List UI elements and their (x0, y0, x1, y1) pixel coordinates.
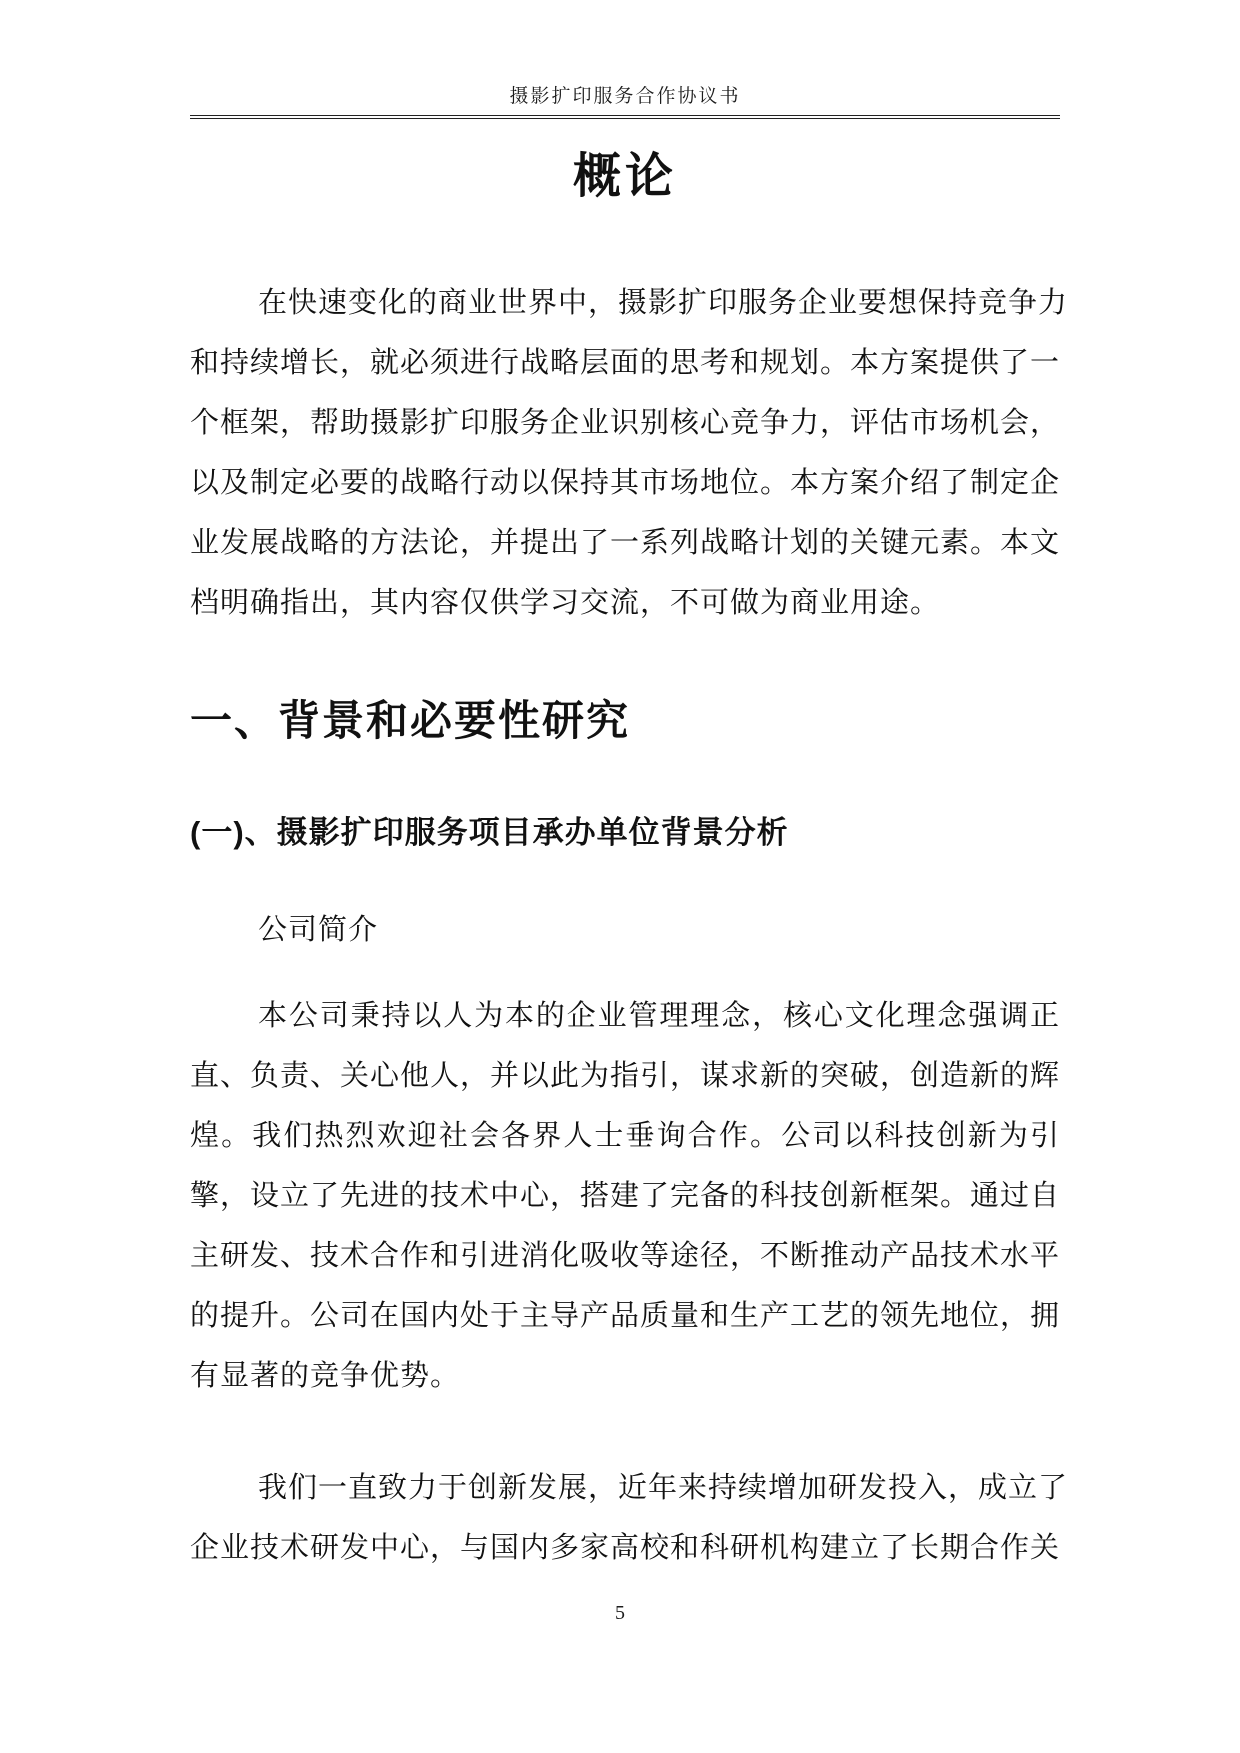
text-line: 业发展战略的方法论，并提出了一系列战略计划的关键元素。本文 (190, 513, 1060, 573)
text-line: 的提升。公司在国内处于主导产品质量和生产工艺的领先地位，拥 (190, 1286, 1060, 1346)
text-line: 以及制定必要的战略行动以保持其市场地位。本方案介绍了制定企 (190, 453, 1060, 513)
page-footer: 5 (0, 1600, 1240, 1626)
text-line: 档明确指出，其内容仅供学习交流，不可做为商业用途。 (190, 573, 1060, 633)
text-line: 有显著的竞争优势。 (190, 1346, 1060, 1406)
text-line: 在快速变化的商业世界中，摄影扩印服务企业要想保持竞争力 (190, 273, 1060, 333)
text-line: 和持续增长，就必须进行战略层面的思考和规划。本方案提供了一 (190, 333, 1060, 393)
text-line: 个框架，帮助摄影扩印服务企业识别核心竞争力，评估市场机会， (190, 393, 1060, 453)
text-line: 公司简介 (190, 900, 1060, 960)
text-line: 直、负责、关心他人，并以此为指引，谋求新的突破，创造新的辉 (190, 1046, 1060, 1106)
text-line: 本公司秉持以人为本的企业管理理念，核心文化理念强调正 (190, 986, 1060, 1046)
text-line: 我们一直致力于创新发展，近年来持续增加研发投入，成立了 (190, 1458, 1060, 1518)
text-line: 擎，设立了先进的技术中心，搭建了完备的科技创新框架。通过自 (190, 1166, 1060, 1226)
rnd-commitment-paragraph: 我们一直致力于创新发展，近年来持续增加研发投入，成立了企业技术研发中心，与国内多… (190, 1458, 1060, 1578)
text-line: 企业技术研发中心，与国内多家高校和科研机构建立了长期合作关 (190, 1518, 1060, 1578)
document-page: 摄影扩印服务合作协议书 概论 在快速变化的商业世界中，摄影扩印服务企业要想保持竞… (0, 0, 1240, 1753)
page-number: 5 (615, 1602, 625, 1624)
subsection-heading: (一)、摄影扩印服务项目承办单位背景分析 (190, 811, 1060, 855)
intro-paragraph: 在快速变化的商业世界中，摄影扩印服务企业要想保持竞争力和持续增长，就必须进行战略… (190, 273, 1060, 633)
header-title: 摄影扩印服务合作协议书 (190, 86, 1060, 108)
company-profile-paragraph: 本公司秉持以人为本的企业管理理念，核心文化理念强调正直、负责、关心他人，并以此为… (190, 986, 1060, 1406)
text-line: 主研发、技术合作和引进消化吸收等途径，不断推动产品技术水平 (190, 1226, 1060, 1286)
page-header: 摄影扩印服务合作协议书 (190, 86, 1060, 119)
text-line: 煌。我们热烈欢迎社会各界人士垂询合作。公司以科技创新为引 (190, 1106, 1060, 1166)
section-heading: 一、背景和必要性研究 (190, 693, 1060, 749)
document-title: 概论 (190, 147, 1060, 207)
company-profile-label-paragraph: 公司简介 (190, 900, 1060, 960)
